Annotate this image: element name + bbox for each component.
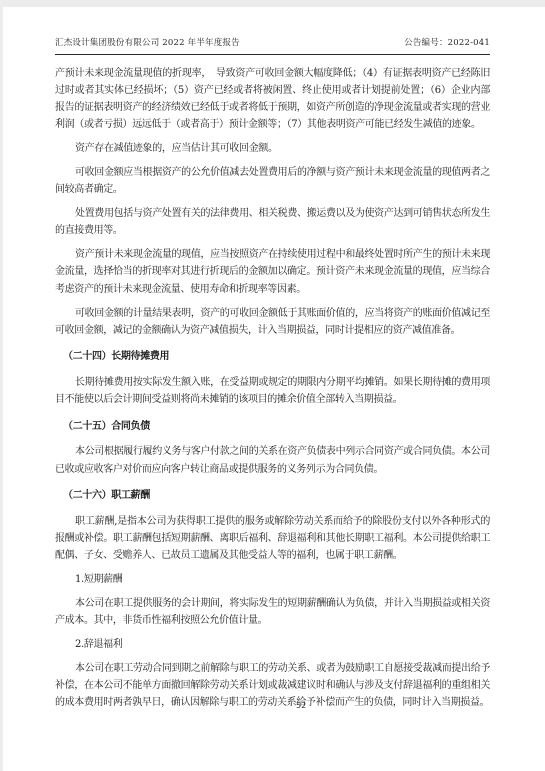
body-paragraph: 可收回金额的计量结果表明，资产的可收回金额低于其账面价值的，应当将资产的账面价值… <box>55 305 490 340</box>
page-number: 52 <box>296 701 306 710</box>
section-heading: （二十六）职工薪酬 <box>55 487 490 504</box>
section-heading: （二十五）合同负债 <box>55 418 490 435</box>
body-paragraph: 本公司在职工提供服务的会计期间，将实际发生的短期薪酬确认为负债，并计入当期损益或… <box>55 595 490 630</box>
body-paragraph: 可收回金额应当根据资产的公允价值减去处置费用后的净额与资产预计未来现金流量的现值… <box>55 164 490 199</box>
header-announcement-number: 公告编号：2022-041 <box>404 36 490 48</box>
page-header: 汇杰设计集团股份有限公司 2022 年半年度报告 公告编号：2022-041 <box>55 36 490 55</box>
document-page: 汇杰设计集团股份有限公司 2022 年半年度报告 公告编号：2022-041 产… <box>0 0 545 771</box>
page-left-edge <box>0 0 3 771</box>
document-body: 产预计未来现金流量现值的折现率， 导致资产可收回金额大幅度降低；（4）有证据表明… <box>55 58 490 718</box>
body-paragraph: 本公司在职工劳动合同到期之前解除与职工的劳动关系、或者为鼓励职工自愿接受裁减而提… <box>55 660 490 712</box>
body-paragraph: 资产预计未来现金流量的现值，应当按照资产在持续使用过程中和最终处置时所产生的预计… <box>55 246 490 298</box>
numbered-subheading: 1.短期薪酬 <box>55 571 490 588</box>
body-paragraph: 资产存在减值迹象的，应当估计其可收回金额。 <box>55 140 490 157</box>
body-paragraph: 产预计未来现金流量现值的折现率， 导致资产可收回金额大幅度降低；（4）有证据表明… <box>55 65 490 134</box>
page-top-edge <box>0 0 545 7</box>
numbered-subheading: 2.辞退福利 <box>55 636 490 653</box>
body-paragraph: 长期待摊费用按实际发生额入账，在受益期或规定的期限内分期平均摊销。如果长期待摊的… <box>55 374 490 409</box>
header-report-title: 汇杰设计集团股份有限公司 2022 年半年度报告 <box>55 36 240 48</box>
body-paragraph: 本公司根据履行履约义务与客户付款之间的关系在资产负债表中列示合同资产或合同负债。… <box>55 443 490 478</box>
body-paragraph: 职工薪酬,是指本公司为获得职工提供的服务或解除劳动关系而给予的除股份支付以外各种… <box>55 513 490 565</box>
section-heading: （二十四）长期待摊费用 <box>55 348 490 365</box>
body-paragraph: 处置费用包括与资产处置有关的法律费用、相关税费、搬运费以及为使资产达到可销售状态… <box>55 205 490 240</box>
